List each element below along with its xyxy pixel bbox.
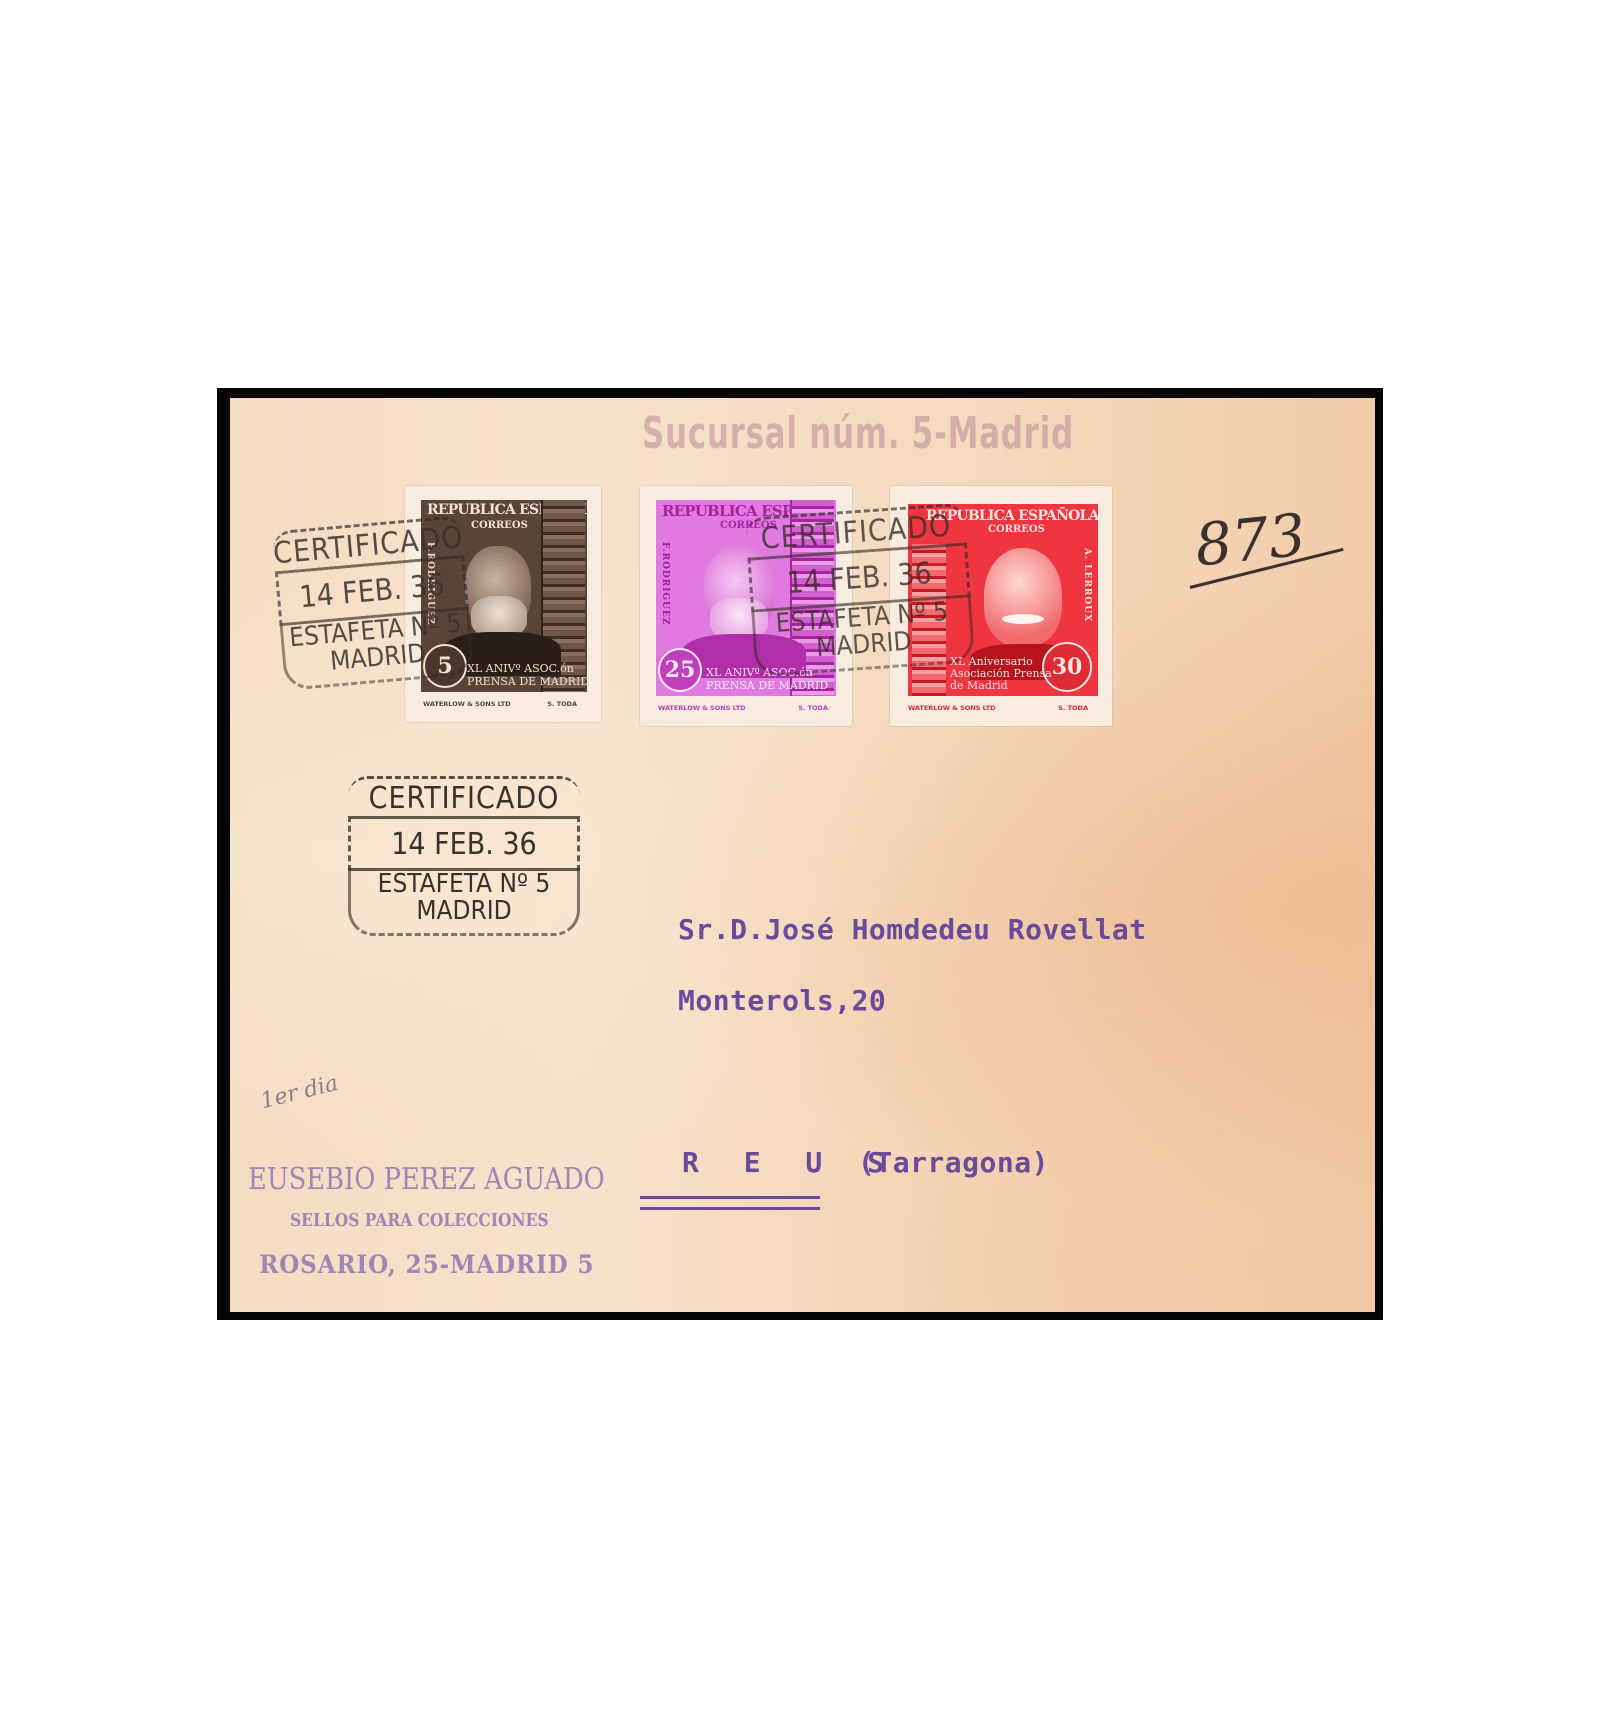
- handwritten-note: 1er dia: [258, 1071, 340, 1114]
- stamp-legend: XL ANIVº ASOC.ón PRENSA DE MADRID: [467, 662, 587, 688]
- stamp-service: CORREOS: [988, 524, 1045, 535]
- stamp-engraver: S. TODA: [547, 700, 577, 708]
- postmark-office: ESTAFETA Nº 5 MADRID: [348, 868, 580, 936]
- top-cancel-text: Sucursal núm. 5-Madrid: [642, 408, 1074, 459]
- stamp-service: CORREOS: [471, 520, 528, 531]
- recipient-province: (Tarragona): [858, 1146, 1049, 1179]
- city-double-underline: [640, 1196, 820, 1210]
- postmark-header: CERTIFICADO: [348, 776, 580, 819]
- postmark-certificado-1: CERTIFICADO 14 FEB. 36 ESTAFETA Nº 5 MAD…: [271, 515, 474, 691]
- handwritten-registration-number: 873: [1192, 500, 1309, 579]
- sender-business: SELLOS PARA COLECCIONES: [290, 1210, 548, 1231]
- postmark-certificado-2: CERTIFICADO 14 FEB. 36 ESTAFETA Nº 5 MAD…: [745, 503, 976, 678]
- envelope: Sucursal núm. 5-Madrid REPUBLICA ESPAÑOL…: [230, 398, 1375, 1312]
- stamp-side-name: A. LERROUX: [1082, 548, 1092, 622]
- stamp-engraver: S. TODA: [1058, 704, 1088, 712]
- stamp-side-name: F.RODRIGUEZ: [660, 542, 670, 625]
- recipient-name: Sr.D.José Homdedeu Rovellat: [678, 913, 1147, 946]
- recipient-street: Monterols,20: [678, 984, 886, 1017]
- postmark-certificado-3: CERTIFICADO 14 FEB. 36 ESTAFETA Nº 5 MAD…: [348, 776, 580, 936]
- stamp-imprint: WATERLOW & SONS LTD: [658, 704, 746, 712]
- postmark-date: 14 FEB. 36: [348, 816, 580, 871]
- stamp-engraver: S. TODA: [798, 704, 828, 712]
- stamp-value: 25: [658, 648, 702, 692]
- sender-name: EUSEBIO PEREZ AGUADO: [248, 1162, 566, 1197]
- stamp-imprint: WATERLOW & SONS LTD: [423, 700, 511, 708]
- stamp-imprint: WATERLOW & SONS LTD: [908, 704, 996, 712]
- sender-address: ROSARIO, 25-MADRID 5: [252, 1250, 602, 1279]
